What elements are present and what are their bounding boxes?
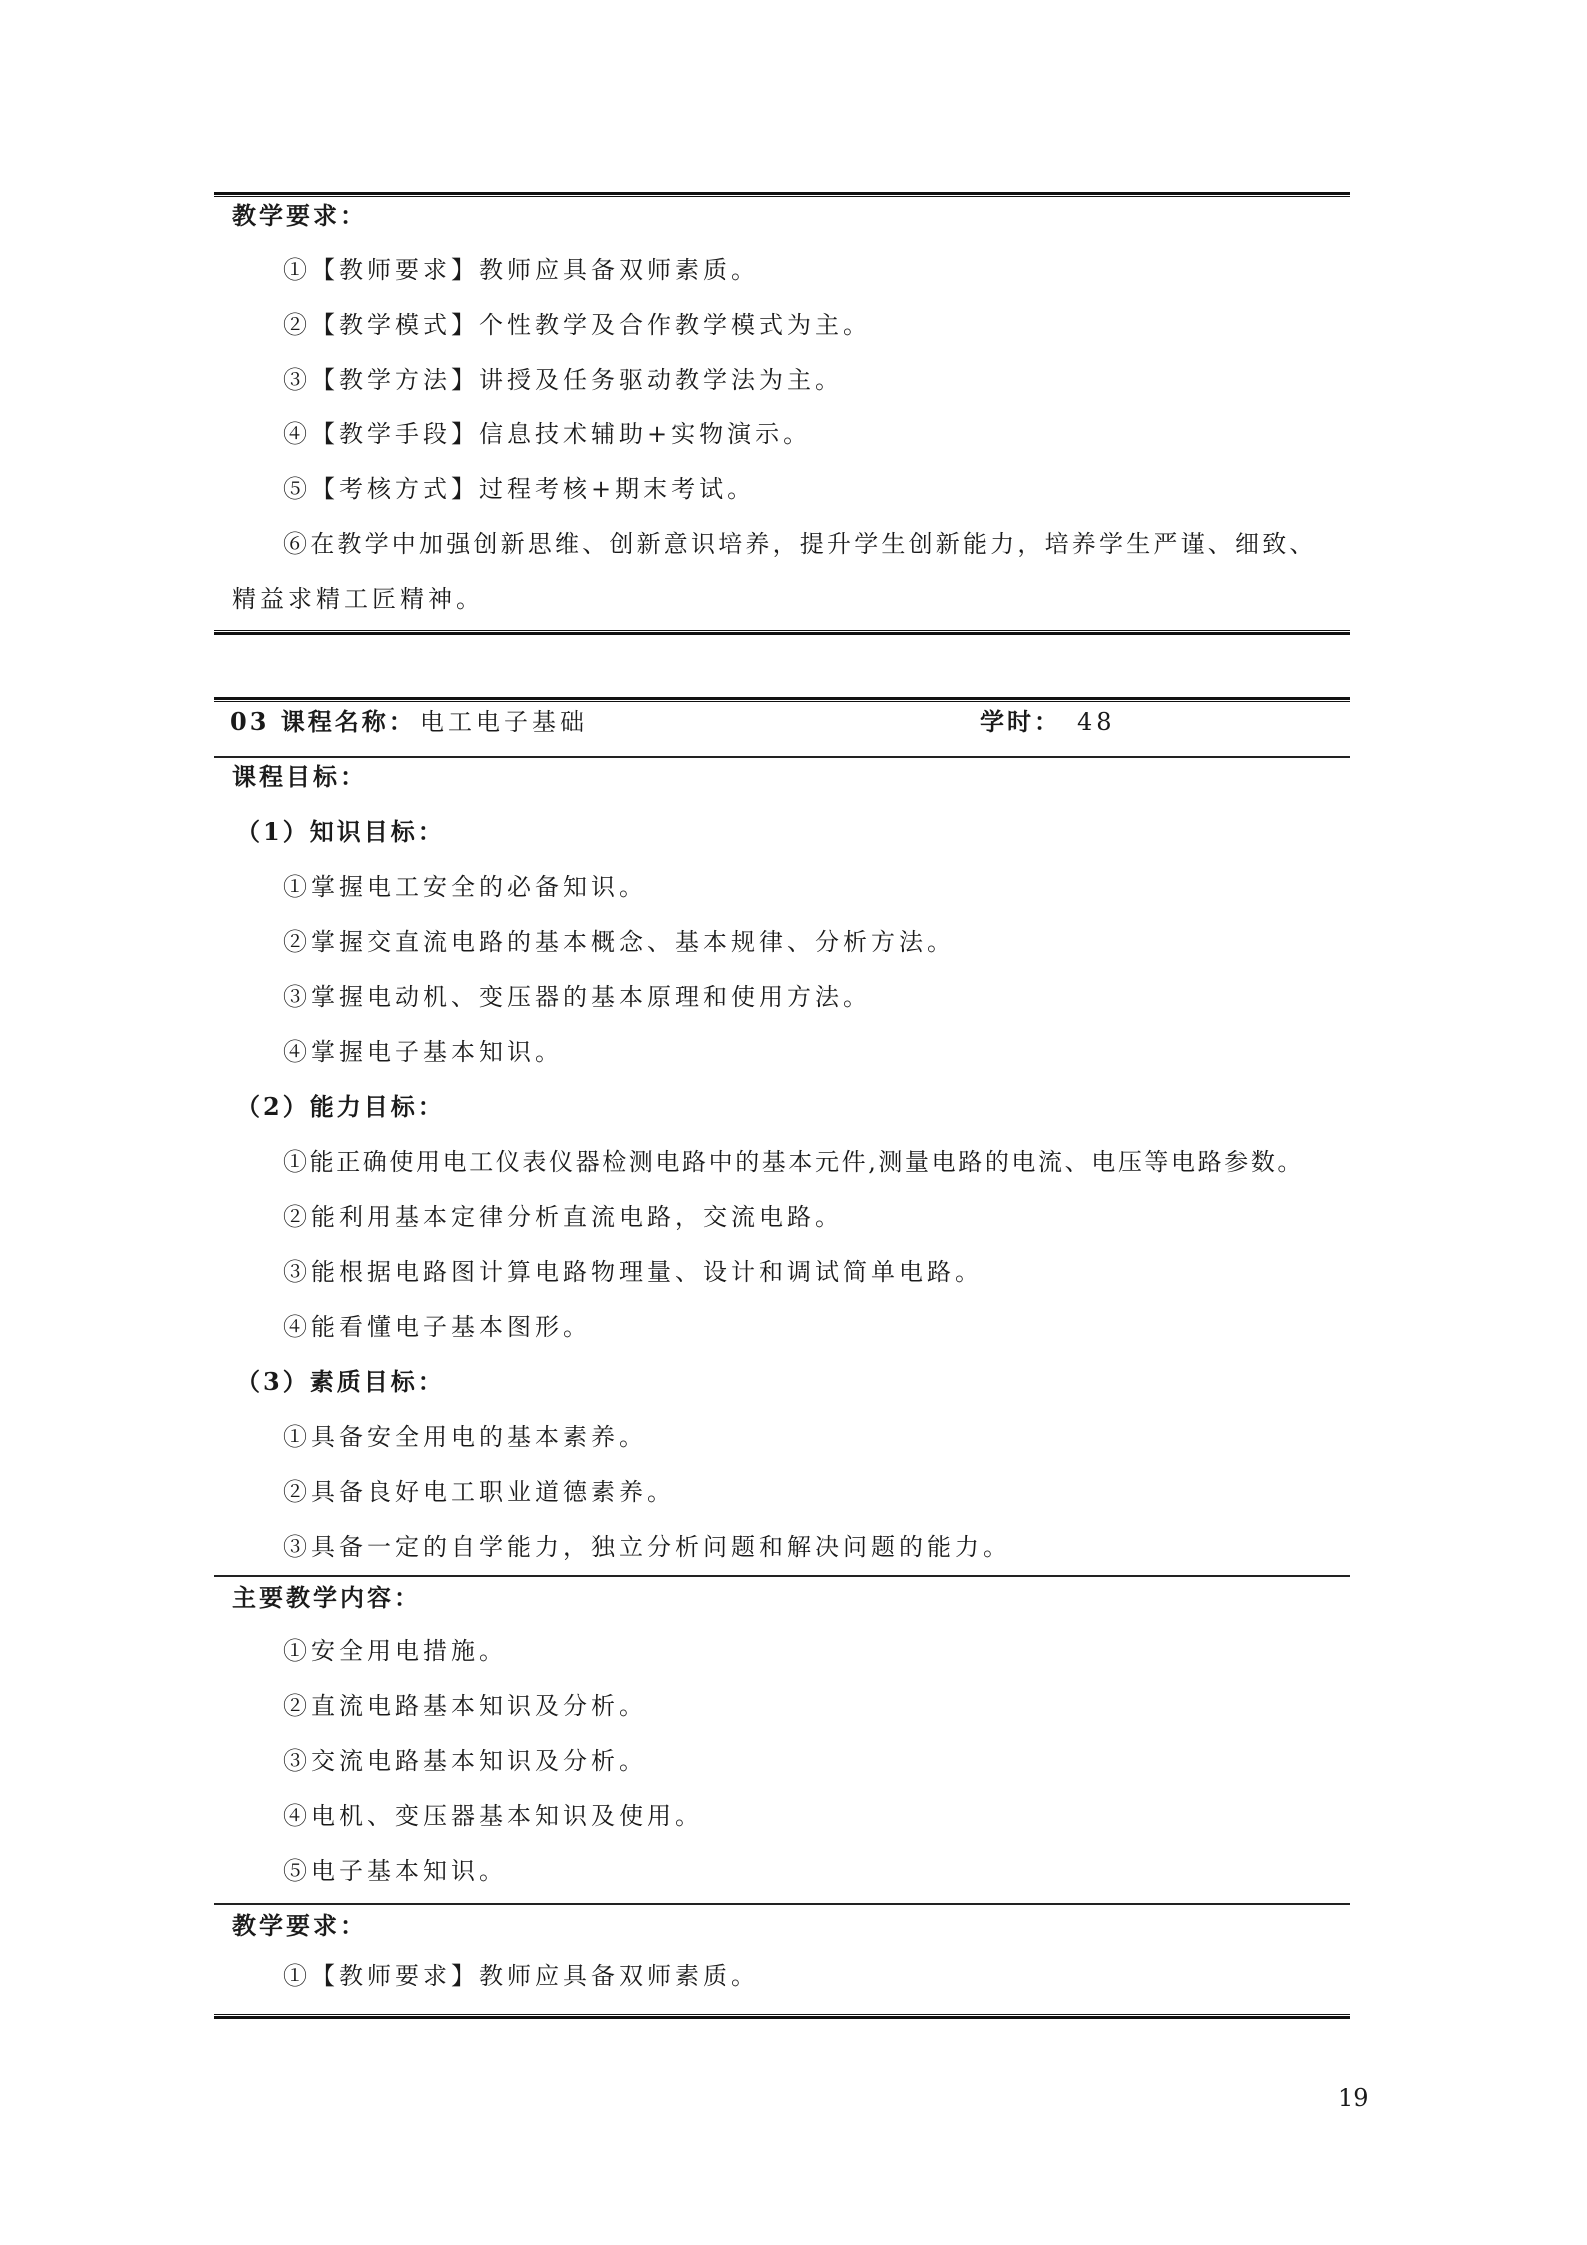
quality-objectives-heading: （3）素质目标：	[236, 1367, 445, 1397]
knowledge-objectives-heading: （1）知识目标：	[236, 817, 445, 847]
objective-item: ①能正确使用电工仪表仪器检测电路中的基本元件,测量电路的电流、电压等电路参数。	[283, 1147, 1304, 1177]
double-rule-top	[214, 192, 1350, 197]
requirement-item: ①【教师要求】教师应具备双师素质。	[283, 1961, 759, 1991]
content-item: ⑤电子基本知识。	[283, 1856, 507, 1886]
objective-item: ①掌握电工安全的必备知识。	[283, 872, 647, 902]
objective-item: ③掌握电动机、变压器的基本原理和使用方法。	[283, 982, 871, 1012]
content-item: ①安全用电措施。	[283, 1636, 507, 1666]
objective-item: ④掌握电子基本知识。	[283, 1037, 563, 1067]
requirement-item: ④【教学手段】信息技术辅助+实物演示。	[283, 419, 811, 449]
objective-item: ①具备安全用电的基本素养。	[283, 1422, 647, 1452]
double-rule-top	[214, 697, 1350, 702]
requirement-item: ③【教学方法】讲授及任务驱动教学法为主。	[283, 365, 843, 395]
objective-item: ③能根据电路图计算电路物理量、设计和调试简单电路。	[283, 1257, 983, 1287]
double-rule-bottom	[214, 630, 1350, 635]
requirement-item: ⑤【考核方式】过程考核+期末考试。	[283, 474, 755, 504]
content-item: ③交流电路基本知识及分析。	[283, 1746, 647, 1776]
requirement-item: ⑥在教学中加强创新思维、创新意识培养，提升学生创新能力，培养学生严谨、细致、	[283, 529, 1317, 559]
hours-value: 48	[1077, 707, 1116, 737]
section-divider	[214, 1903, 1350, 1905]
double-rule-bottom	[214, 2014, 1350, 2019]
section-divider	[214, 1575, 1350, 1577]
objectives-heading: 课程目标：	[232, 762, 367, 792]
ability-objectives-heading: （2）能力目标：	[236, 1092, 445, 1122]
teaching-requirements-heading: 教学要求：	[232, 201, 367, 231]
objective-item: ②掌握交直流电路的基本概念、基本规律、分析方法。	[283, 927, 955, 957]
course-name-label: 03 课程名称：	[230, 707, 416, 737]
objective-item: ②能利用基本定律分析直流电路，交流电路。	[283, 1202, 843, 1232]
objective-item: ④能看懂电子基本图形。	[283, 1312, 591, 1342]
document-page: 教学要求： ①【教师要求】教师应具备双师素质。 ②【教学模式】个性教学及合作教学…	[0, 0, 1587, 2245]
course-name: 电工电子基础	[420, 707, 588, 737]
hours-label: 学时：	[980, 707, 1061, 737]
objective-item: ②具备良好电工职业道德素养。	[283, 1477, 675, 1507]
requirement-item-continuation: 精益求精工匠精神。	[232, 584, 484, 614]
content-item: ②直流电路基本知识及分析。	[283, 1691, 647, 1721]
section-divider	[214, 756, 1350, 758]
requirement-item: ①【教师要求】教师应具备双师素质。	[283, 255, 759, 285]
teaching-requirements-heading: 教学要求：	[232, 1911, 367, 1941]
requirement-item: ②【教学模式】个性教学及合作教学模式为主。	[283, 310, 871, 340]
main-content-heading: 主要教学内容：	[232, 1583, 421, 1613]
page-number: 19	[1338, 2084, 1369, 2112]
objective-item: ③具备一定的自学能力，独立分析问题和解决问题的能力。	[283, 1532, 1011, 1562]
content-item: ④电机、变压器基本知识及使用。	[283, 1801, 703, 1831]
